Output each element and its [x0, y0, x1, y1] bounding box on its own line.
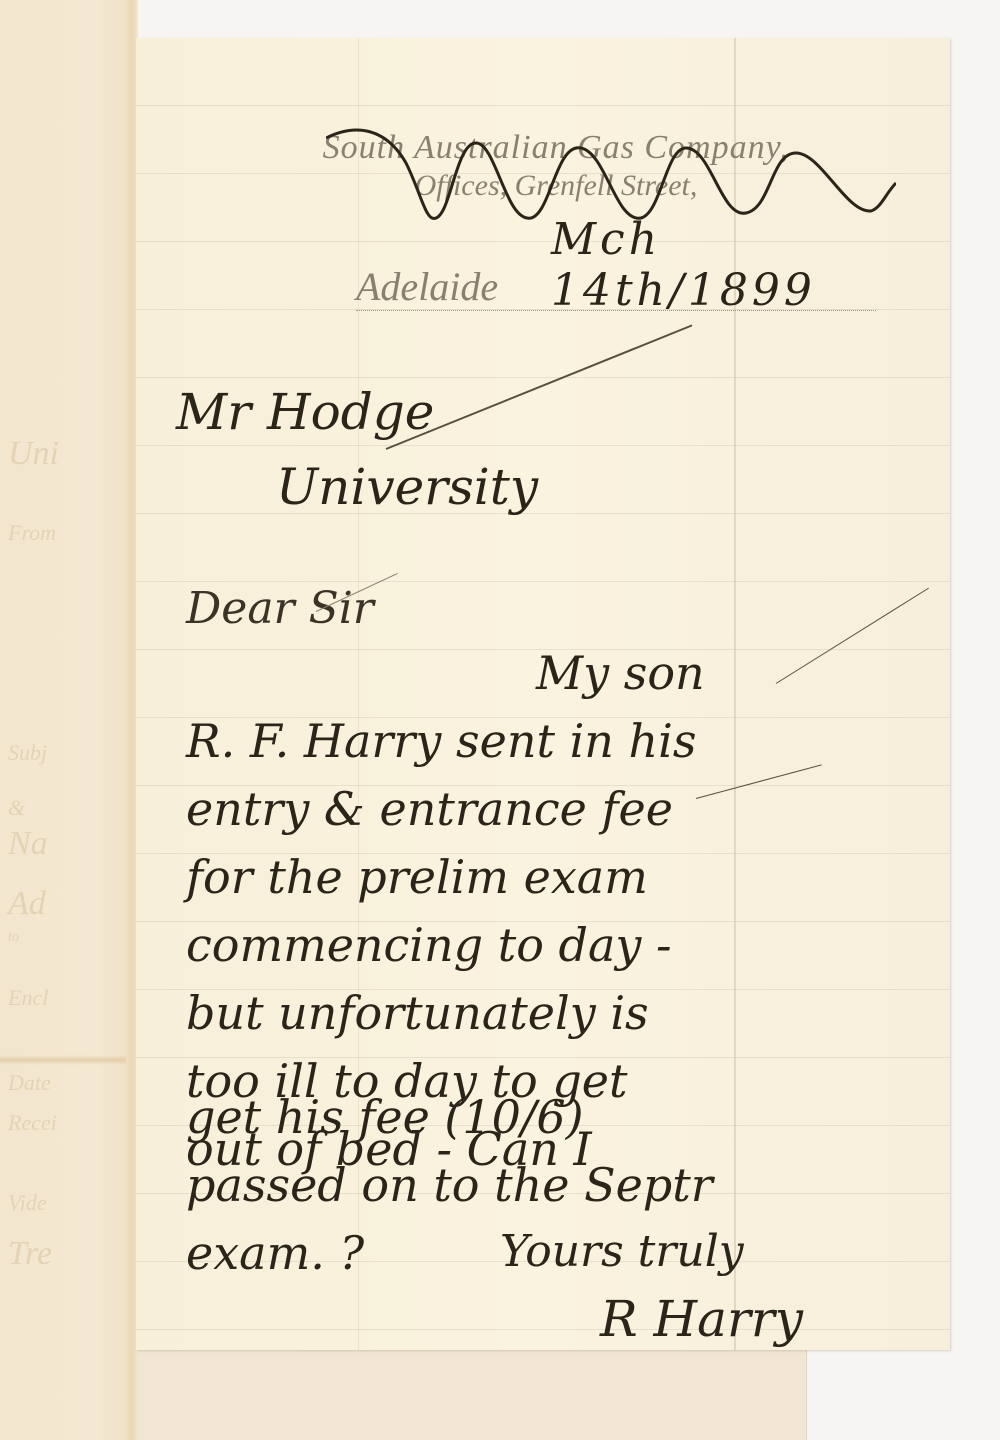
body-line: for the prelim exam: [186, 850, 648, 904]
body-line: passed on to the Septr: [186, 1158, 713, 1212]
ghost-text: Encl: [8, 985, 48, 1011]
ghost-text: to: [8, 930, 19, 946]
ghost-text: Uni: [8, 435, 59, 473]
letter-page: South Australian Gas Company, Offices, G…: [136, 38, 950, 1350]
flourish-line: [696, 764, 822, 799]
body-line: but unfortunately is: [186, 986, 649, 1040]
signature: R Harry: [600, 1290, 803, 1348]
ghost-text: Subj: [8, 740, 47, 766]
recipient-organisation: University: [276, 458, 538, 516]
flourish-line: [776, 588, 929, 684]
background-form-sheet: Uni From Subj & Na Ad to Encl Date Recei…: [0, 0, 138, 1440]
body-line: R. F. Harry sent in his: [186, 714, 696, 768]
body-line: entry & entrance fee: [186, 782, 673, 836]
closing: Yours truly: [500, 1226, 744, 1277]
paper-fold: [0, 1055, 138, 1065]
body-line: commencing to day -: [186, 918, 672, 972]
body-line: exam. ?: [186, 1226, 364, 1280]
ghost-text: Recei: [8, 1110, 57, 1136]
greeting: Dear Sir: [186, 583, 374, 634]
letter-date: Mch 14th/1899: [551, 214, 876, 316]
body-line: My son: [536, 646, 705, 700]
ghost-text: From: [8, 520, 56, 546]
ghost-text: Ad: [8, 885, 46, 923]
lower-sheet: [138, 1350, 807, 1440]
letterhead-place: Adelaide: [356, 263, 498, 310]
ghost-text: Vide: [8, 1190, 47, 1216]
body-line: get his fee (10/6): [186, 1090, 584, 1144]
ghost-text: Date: [8, 1070, 51, 1096]
ghost-text: Na: [8, 825, 48, 863]
ghost-text: Tre: [8, 1235, 52, 1273]
recipient-name: Mr Hodge: [176, 383, 434, 441]
ghost-text: &: [8, 795, 25, 821]
date-line: Adelaide Mch 14th/1899: [356, 260, 876, 311]
